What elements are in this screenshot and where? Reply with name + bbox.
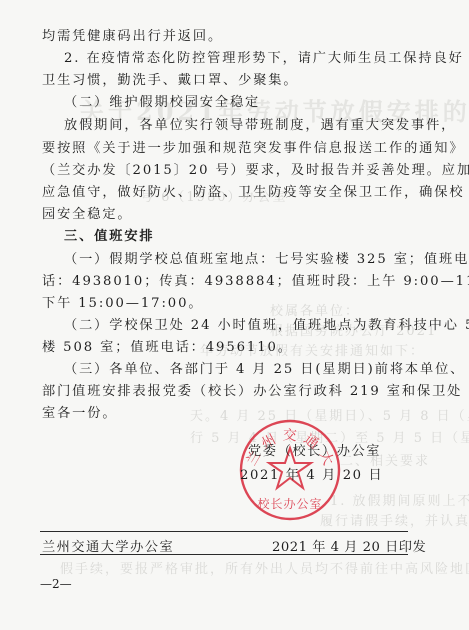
signature-date: 2021 年 4 月 20 日 bbox=[240, 464, 383, 483]
ghost-line: 1. 放假期间原则上不得 bbox=[330, 490, 469, 509]
ghost-line: 履行请假手续，并认真填校外出返回 bbox=[320, 510, 469, 529]
body-line: 室各一份。 bbox=[42, 405, 117, 423]
body-line: 楼 508 室；值班电话：4956110。 bbox=[42, 339, 293, 357]
body-line: 下午 15:00—17:00。 bbox=[42, 295, 203, 313]
seal-bottom-text: 校长办公室 bbox=[257, 496, 322, 511]
body-line: 应急值守，做好防火、防盗、卫生防疫等安全保卫工作，确保校 bbox=[42, 184, 464, 202]
body-line: 卫生习惯，勤洗手、戴口罩、少聚集。 bbox=[42, 72, 299, 90]
body-line: 要按照《关于进一步加强和规范突发事件信息报送工作的通知》 bbox=[42, 140, 464, 158]
body-line: 均需凭健康码出行并返回。 bbox=[42, 28, 223, 46]
signature-office: 党委（校长）办公室 bbox=[248, 440, 381, 459]
footer-issuer: 兰州交通大学办公室 bbox=[42, 536, 174, 555]
body-line: （二）维护假期校园安全稳定 bbox=[64, 94, 260, 112]
section-heading: 三、值班安排 bbox=[64, 228, 155, 246]
footer-top-rule bbox=[40, 531, 408, 532]
ghost-line: 假手续，要报严格审批，所有外出人员均不得前往中高风险地区。 bbox=[60, 558, 469, 577]
body-line: （二）学校保卫处 24 小时值班，值班地点为教育科技中心 5 bbox=[64, 317, 469, 335]
body-line: 园安全稳定。 bbox=[42, 206, 133, 224]
body-line: 2. 在疫情常态化防控管理形势下，请广大师生员工保持良好 bbox=[64, 50, 464, 68]
body-line: 话：4938010；传真：4938884；值班时段：上午 9:00—11:00， bbox=[42, 273, 469, 291]
body-line: （一）假期学校总值班室地点：七号实验楼 325 室；值班电 bbox=[64, 251, 469, 269]
document-page: 关于2021年劳动节放假安排的通知号 6（1980）办公室校属各单位：根据国务院… bbox=[0, 0, 469, 630]
footer-bottom-rule bbox=[40, 554, 408, 555]
page-number: —2— bbox=[40, 577, 72, 591]
body-line: 部门值班安排表报党委（校长）办公室行政科 219 室和保卫处 508 bbox=[42, 383, 469, 401]
body-line: 放假期间，各单位实行领导带班制度，遇有重大突发事件， bbox=[64, 117, 456, 135]
footer-issue-date: 2021 年 4 月 20 日印发 bbox=[272, 536, 426, 555]
ghost-line: 天。4 月 25 日（星期日）、5 月 8 日（星期六）上班， bbox=[190, 405, 469, 424]
body-line: （三）各单位、各部门于 4 月 25 日(星期日)前将本单位、 bbox=[64, 361, 465, 379]
body-line: （兰交办发〔2015〕20 号）要求，及时报告并妥善处理。应加强 bbox=[42, 162, 469, 180]
